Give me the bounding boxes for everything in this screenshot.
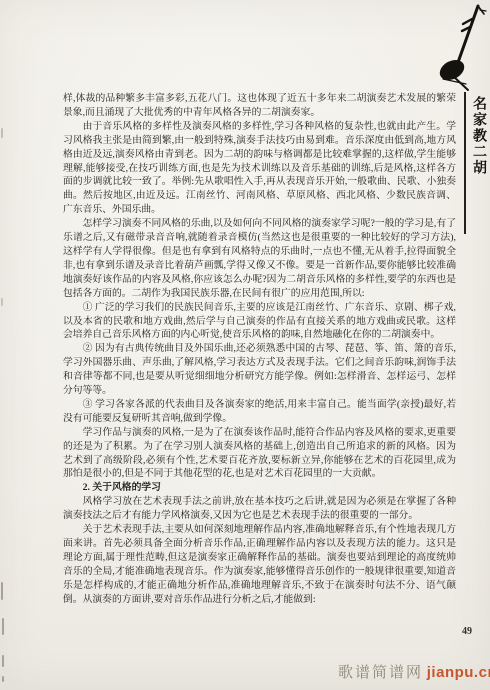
- watermark: 歌谱简谱网 jianpu.cn: [338, 661, 490, 682]
- book-title-vertical: 名家教二胡: [468, 96, 488, 191]
- paragraph: 关于艺术表现手法,主要从如何深刻地理解作品内容,准确地解释音乐,有个性地表现几方…: [63, 523, 456, 606]
- paragraph-point-2: ② 因为有古典传统曲目及外国乐曲,还必须熟悉中国的古琴、琵琶、筝、笛、箫的音乐,…: [63, 342, 456, 398]
- scan-artifact: [2, 655, 4, 667]
- paragraph-continuation: 样,体裁的品种繁多丰富多彩,五花八门。这也体现了近五十多年来二胡演奏艺术发展的繁…: [63, 92, 456, 120]
- scan-artifact: [1, 298, 3, 306]
- paragraph: 由于音乐风格的多样性及演奏风格的多样性,学习各种风格的复杂性,也就由此产生。学习…: [63, 120, 456, 217]
- watermark-site-url: jianpu.cn: [427, 664, 490, 681]
- book-page: 名家教二胡 样,体裁的品种繁多丰富多彩,五花八门。这也体现了近五十多年来二胡演奏…: [0, 0, 490, 690]
- paragraph-point-3: ③ 学习各家各派的代表曲目及各演奏家的绝活,用来丰富自己。能当面学(亲授)最好,…: [63, 398, 456, 426]
- erhu-icon: [425, 0, 490, 100]
- scan-artifact: [1, 582, 3, 600]
- scan-artifact: [1, 128, 3, 138]
- watermark-site-name: 歌谱简谱网: [338, 665, 423, 681]
- paragraph-point-1: ① 广泛的学习我们的民族民间音乐,主要的应该是江南丝竹、广东音乐、京剧、梆子戏,…: [63, 301, 456, 343]
- page-number: 49: [462, 626, 472, 637]
- paragraph: 学习作品与演奏的风格,一是为了在演奏该作品时,能符合作品内容及风格的要求,更重要…: [63, 426, 456, 482]
- text-column: 样,体裁的品种繁多丰富多彩,五花八门。这也体现了近五十多年来二胡演奏艺术发展的繁…: [63, 92, 456, 616]
- section-heading: 2. 关于风格的学习: [63, 481, 456, 495]
- paragraph: 风格学习放在艺术表现手法之前讲,放在基本技巧之后讲,就是因为必须是在掌握了各种演…: [63, 495, 456, 523]
- scan-artifact: [2, 676, 4, 682]
- scan-artifact: [2, 618, 4, 635]
- paragraph: 怎样学习演奏不同风格的乐曲,以及如何向不同风格的演奏家学习呢?一般的学习是,有了…: [63, 217, 456, 300]
- sidebar-rule: [464, 92, 466, 234]
